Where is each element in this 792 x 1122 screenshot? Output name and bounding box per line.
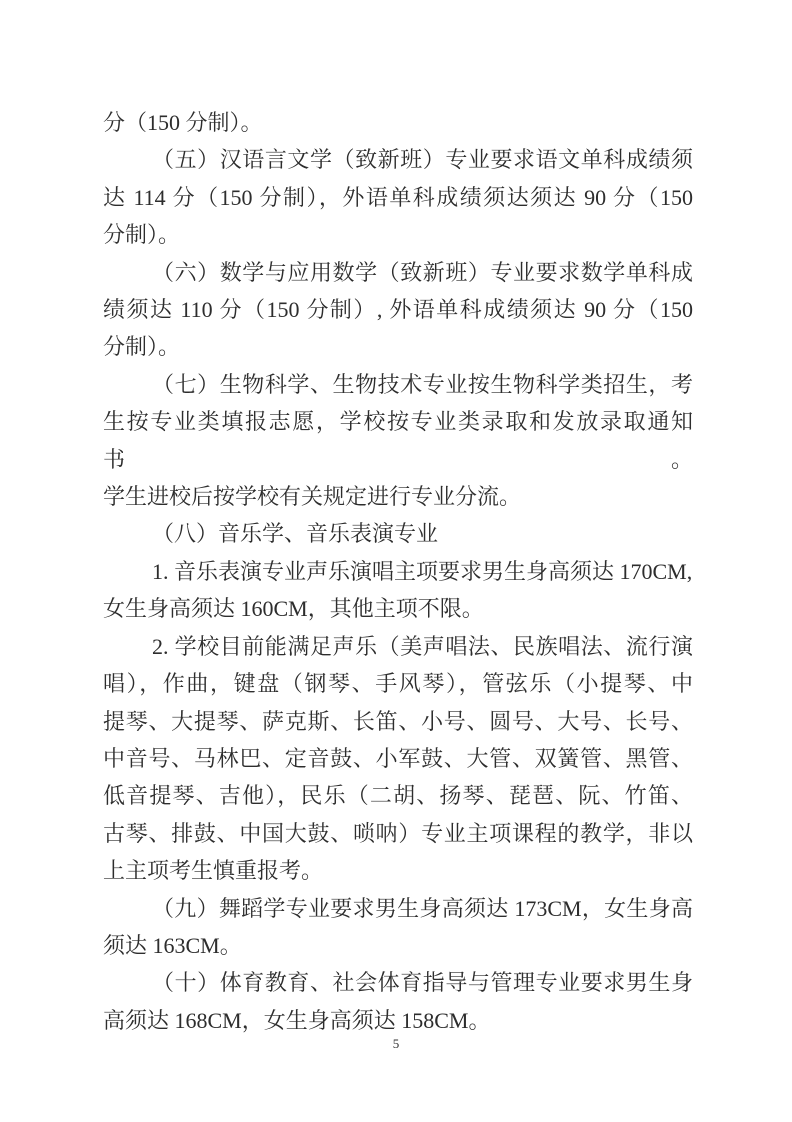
text-line: 女生身高须达 160CM，其他主项不限。 xyxy=(103,590,693,627)
text-line: 提琴、大提琴、萨克斯、长笛、小号、圆号、大号、长号、 xyxy=(103,703,693,740)
text-line: 须达 163CM。 xyxy=(103,927,693,964)
text-line: 中音号、马林巴、定音鼓、小军鼓、大管、双簧管、黑管、 xyxy=(103,740,693,777)
text-line: （六）数学与应用数学（致新班）专业要求数学单科成 xyxy=(103,254,693,291)
text-line: 分（150 分制）。 xyxy=(103,104,693,141)
text-line: 古琴、排鼓、中国大鼓、唢呐）专业主项课程的教学，非以 xyxy=(103,815,693,852)
text-line: 绩须达 110 分（150 分制）, 外语单科成绩须达 90 分（150 xyxy=(103,291,693,328)
text-line: 上主项考生慎重报考。 xyxy=(103,852,693,889)
text-line: 低音提琴、吉他），民乐（二胡、扬琴、琵琶、阮、竹笛、 xyxy=(103,777,693,814)
text-line: 达 114 分（150 分制），外语单科成绩须达须达 90 分（150 xyxy=(103,179,693,216)
text-line: （十）体育教育、社会体育指导与管理专业要求男生身 xyxy=(103,964,693,1001)
text-line: 2. 学校目前能满足声乐（美声唱法、民族唱法、流行演 xyxy=(103,628,693,665)
text-line: （五）汉语言文学（致新班）专业要求语文单科成绩须 xyxy=(103,141,693,178)
document-text-block: 分（150 分制）。（五）汉语言文学（致新班）专业要求语文单科成绩须达 114 … xyxy=(103,104,693,1039)
text-line: 1. 音乐表演专业声乐演唱主项要求男生身高须达 170CM, xyxy=(103,553,693,590)
document-page: 分（150 分制）。（五）汉语言文学（致新班）专业要求语文单科成绩须达 114 … xyxy=(0,0,792,1122)
text-line: 高须达 168CM，女生身高须达 158CM。 xyxy=(103,1002,693,1039)
text-line: 分制）。 xyxy=(103,328,693,365)
page-number: 5 xyxy=(0,1036,792,1052)
text-line: （八）音乐学、音乐表演专业 xyxy=(103,515,693,552)
text-line: 生按专业类填报志愿，学校按专业类录取和发放录取通知书。 xyxy=(103,403,693,478)
text-line: 学生进校后按学校有关规定进行专业分流。 xyxy=(103,478,693,515)
text-line: 分制）。 xyxy=(103,216,693,253)
text-line: （九）舞蹈学专业要求男生身高须达 173CM，女生身高 xyxy=(103,890,693,927)
text-line: （七）生物科学、生物技术专业按生物科学类招生，考 xyxy=(103,366,693,403)
text-line: 唱），作曲，键盘（钢琴、手风琴），管弦乐（小提琴、中 xyxy=(103,665,693,702)
